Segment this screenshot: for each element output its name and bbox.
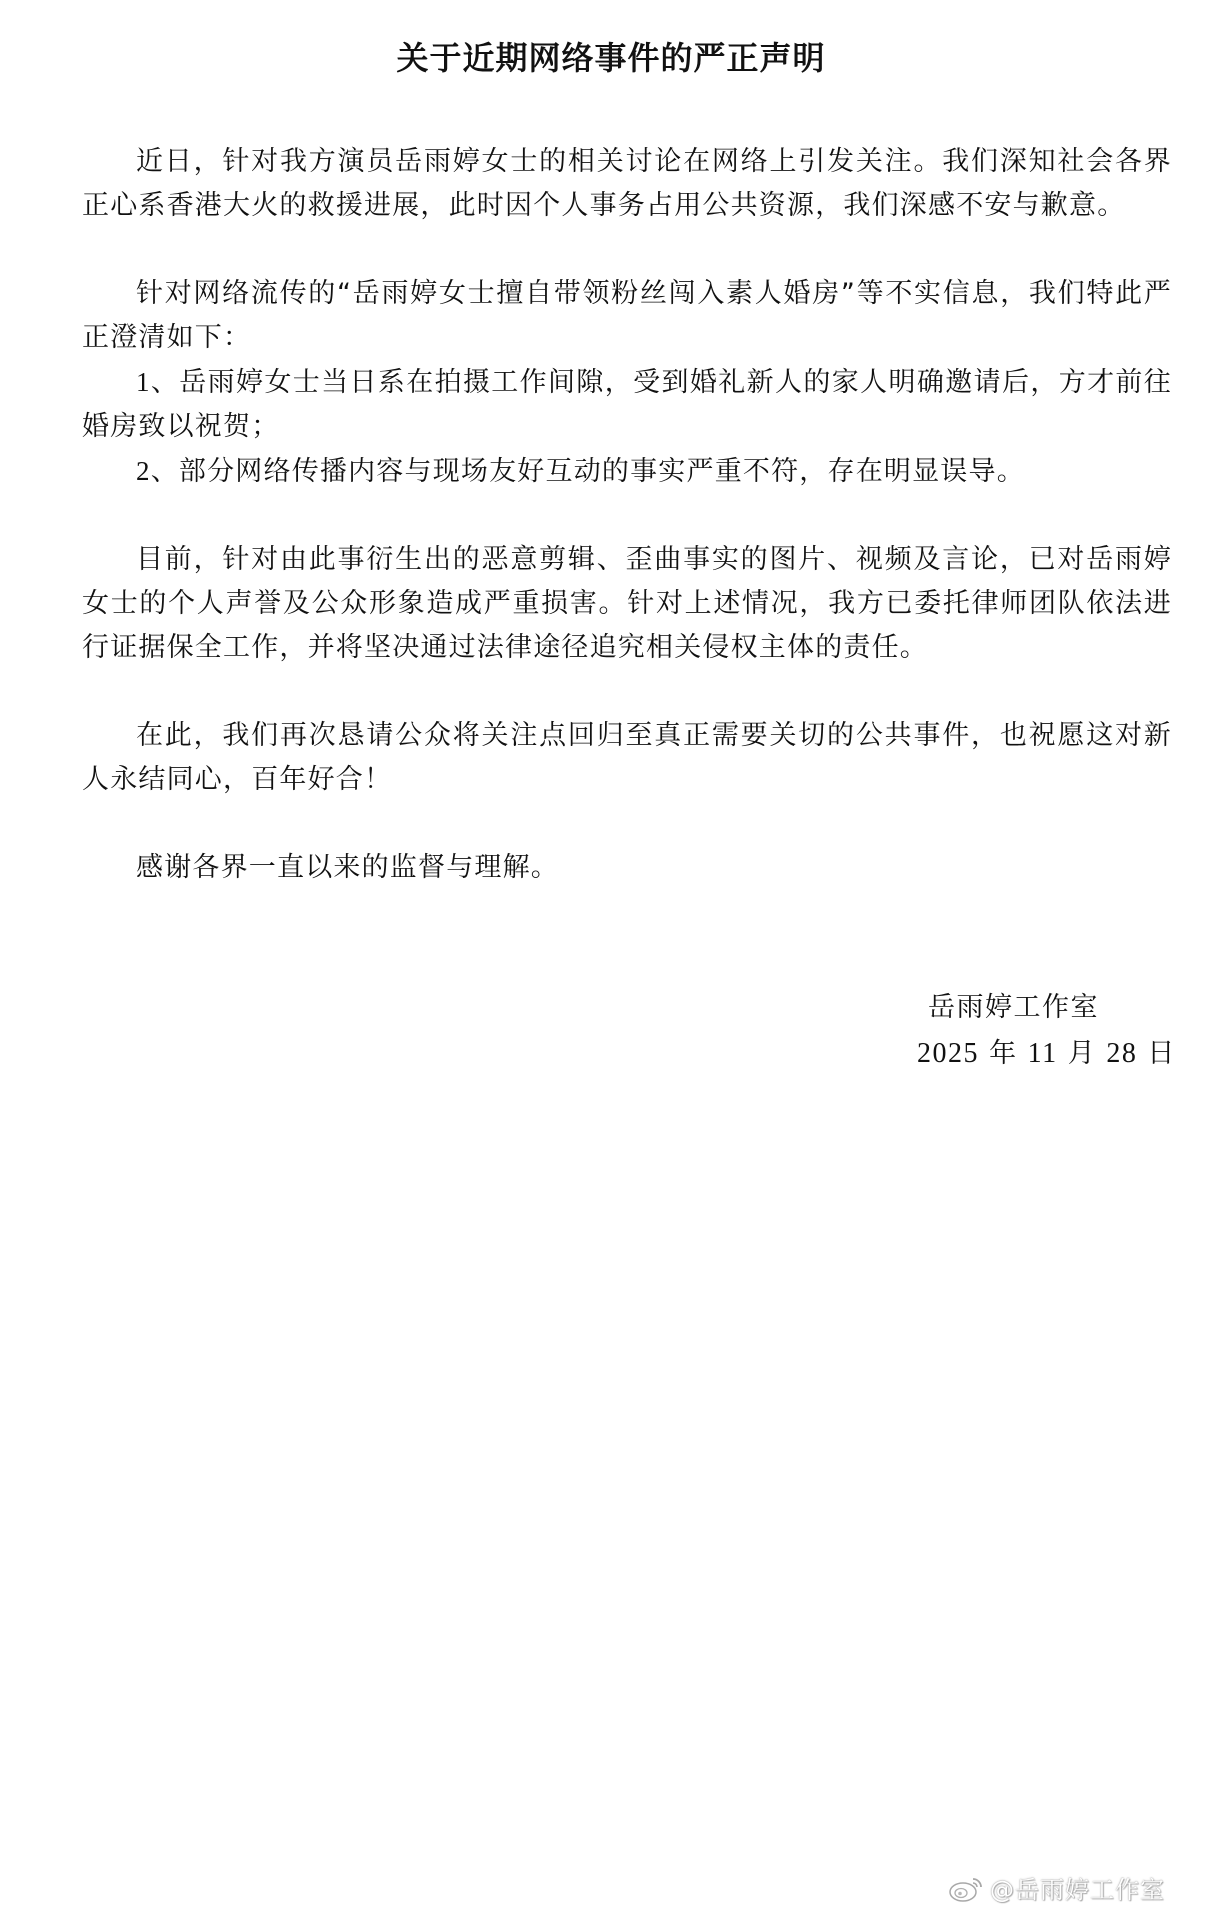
list-item-text: 部分网络传播内容与现场友好互动的事实严重不符，存在明显误导。 [179,456,1025,487]
list-item-number: 1 [136,367,151,397]
list-item: 2、部分网络传播内容与现场友好互动的事实严重不符，存在明显误导。 [82,449,1172,494]
weibo-logo-icon [948,1873,986,1903]
signature-date: 2025 年 11 月 28 日 [917,1031,1176,1077]
list-item-number: 2 [136,456,151,486]
list-item: 1、岳雨婷女士当日系在拍摄工作间隙，受到婚礼新人的家人明确邀请后，方才前往婚房致… [82,360,1172,449]
paragraph-appeal: 在此，我们再次恳请公众将关注点回归至真正需要关切的公共事件，也祝愿这对新人永结同… [82,714,1172,802]
paragraph-legal-action: 目前，针对由此事衍生出的恶意剪辑、歪曲事实的图片、视频及言论，已对岳雨婷女士的个… [82,538,1172,670]
paragraph-clarification: 针对网络流传的“岳雨婷女士擅自带领粉丝闯入素人婚房”等不实信息，我们特此严正澄清… [82,272,1172,360]
statement-document: 关于近期网络事件的严正声明 近日，针对我方演员岳雨婷女士的相关讨论在网络上引发关… [0,0,1222,1918]
paragraph-thanks: 感谢各界一直以来的监督与理解。 [82,846,1172,890]
weibo-watermark: @岳雨婷工作室 [948,1870,1165,1905]
paragraph-intro: 近日，针对我方演员岳雨婷女士的相关讨论在网络上引发关注。我们深知社会各界正心系香… [82,140,1172,228]
list-item-separator: 、 [151,367,180,398]
list-item-text: 岳雨婷女士当日系在拍摄工作间隙，受到婚礼新人的家人明确邀请后，方才前往婚房致以祝… [82,367,1172,442]
list-item-separator: 、 [151,456,179,487]
date-day-unit: 日 [1137,1038,1176,1069]
signature-name: 岳雨婷工作室 [928,985,1099,1031]
date-day: 28 [1106,1038,1137,1069]
clarification-list: 1、岳雨婷女士当日系在拍摄工作间隙，受到婚礼新人的家人明确邀请后，方才前往婚房致… [82,360,1172,494]
date-year-unit: 年 [979,1038,1028,1069]
document-title: 关于近期网络事件的严正声明 [0,36,1222,80]
watermark-text: @岳雨婷工作室 [990,1870,1165,1905]
date-year: 2025 [917,1038,979,1069]
document-body: 近日，针对我方演员岳雨婷女士的相关讨论在网络上引发关注。我们深知社会各界正心系香… [82,140,1172,934]
date-month: 11 [1028,1038,1058,1069]
date-month-unit: 月 [1058,1038,1107,1069]
